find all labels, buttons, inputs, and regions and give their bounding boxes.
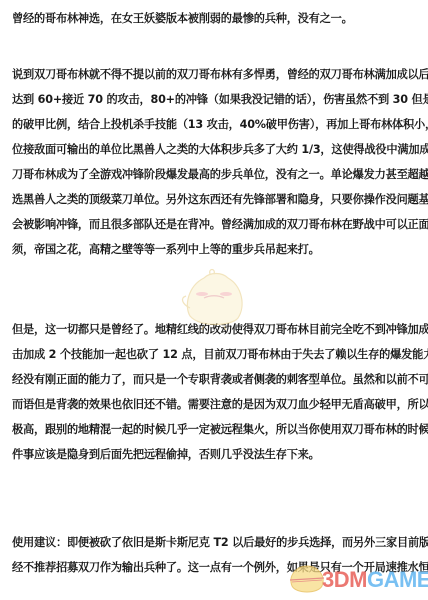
text-line: 刀哥布林成为了全游戏冲锋阶段爆发最高的步兵单位，没有之一。单论爆发力甚至超越了神 [12,162,412,187]
text-line: 说到双刀哥布林就不得不提以前的双刀哥布林有多悍勇，曾经的双刀哥布林满加成以后可以 [12,62,412,87]
text-line: 位接敌面可输出的单位比黑兽人之类的大体积步兵多了大约 1/3，这使得战役中满加成… [12,137,412,162]
text-line: 但是，这一切都只是曾经了。地精红线的改动使得双刀哥布林目前完全吃不到冲锋加成，攻 [12,317,412,342]
text-line: 经没有刚正面的能力了，而只是一个专职背袭或者侧袭的刺客型单位。虽然和以前不可同日 [12,367,412,392]
text-line: 达到 60+接近 70 的攻击，80+的冲锋（如果我没记错的话），伤害虽然不到 … [12,87,412,112]
text-line: 的破甲比例，结合上投机杀手技能（13 攻击，40%破甲伤害），再加上哥布林体积小… [12,112,412,137]
text-line: 使用建议：即便被砍了依旧是斯卡斯尼克 T2 以后最好的步兵选择，而另外三家目前版… [12,530,412,555]
paragraph-current-state: 但是，这一切都只是曾经了。地精红线的改动使得双刀哥布林目前完全吃不到冲锋加成，攻… [12,317,412,467]
text-line: 击加成 2 个技能加一起也砍了 12 点，目前双刀哥布林由于失去了赖以生存的爆发… [12,342,412,367]
text-line: 而语但是背袭的效果也依旧还不错。需要注意的是因为双刀血少轻甲无盾高破甲，所以仇恨 [12,392,412,417]
paragraph-history: 说到双刀哥布林就不得不提以前的双刀哥布林有多悍勇，曾经的双刀哥布林满加成以后可以… [12,62,412,262]
text-line: 件事应该是隐身到后面先把远程偷掉，否则几乎没法生存下来。 [12,442,412,467]
text-line: 选黑兽人之类的顶级菜刀单位。另外这东西还有先锋部署和隐身，只要你操作没问题基本不 [12,187,412,212]
text-line: 会被影响冲锋，而且很多部队还是在背冲。曾经满加成的双刀哥布林在野战中可以正面把长 [12,212,412,237]
text-line: 曾经的哥布林神选，在女王妖婆版本被削弱的最惨的兵种，没有之一。 [12,6,412,31]
article-document: 曾经的哥布林神选，在女王妖婆版本被削弱的最惨的兵种，没有之一。 说到双刀哥布林就… [0,0,428,600]
text-line: 极高，跟别的地精混一起的时候几乎一定被远程集火，所以当你使用双刀哥布林的时候第一 [12,417,412,442]
text-line: 须，帝国之花，高精之壁等等一系列中上等的重步兵吊起来打。 [12,237,412,262]
text-line: 经不推荐招募双刀作为输出兵种了。这一点有一个例外，如果是只有一个开局速推水恒峰的 [12,555,412,580]
paragraph-intro: 曾经的哥布林神选，在女王妖婆版本被削弱的最惨的兵种，没有之一。 [12,6,412,31]
paragraph-usage-advice: 使用建议：即便被砍了依旧是斯卡斯尼克 T2 以后最好的步兵选择，而另外三家目前版… [12,530,412,580]
